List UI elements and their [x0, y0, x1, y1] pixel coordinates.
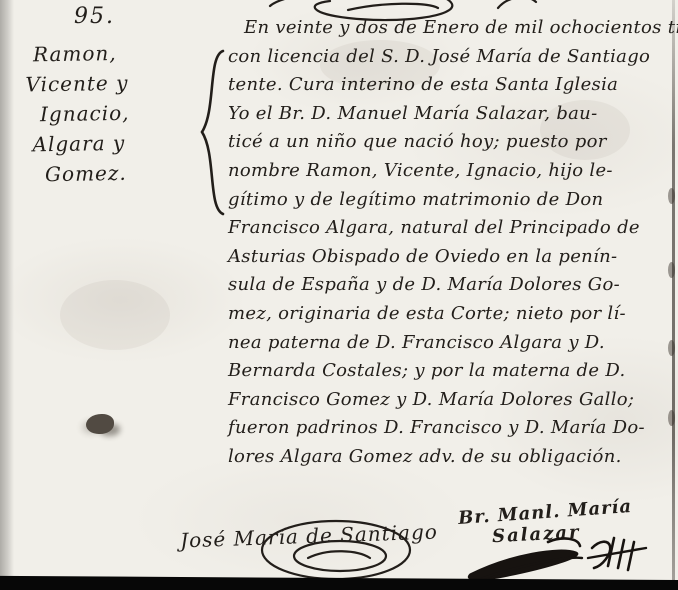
page-gutter-mark — [668, 188, 675, 204]
record-line: Francisco Gomez y D. María Dolores Gallo… — [228, 386, 675, 415]
signature-left-rubric — [258, 514, 418, 584]
record-line: Asturias Obispado de Oviedo en la penín- — [228, 243, 675, 272]
record-line: En veinte y dos de Enero de mil ochocien… — [228, 14, 675, 43]
paper-smudge — [60, 280, 170, 350]
record-line: con licencia del S. D. José María de San… — [228, 43, 675, 72]
margin-name-line: Algara y — [32, 126, 204, 159]
record-line: nombre Ramon, Vicente, Ignacio, hijo le- — [228, 157, 675, 186]
record-line: lores Algara Gomez adv. de su obligación… — [228, 443, 675, 472]
record-line: nea paterna de D. Francisco Algara y D. — [228, 329, 675, 358]
page-gutter-mark — [668, 340, 675, 356]
record-line: mez, originaria de esta Corte; nieto por… — [228, 300, 675, 329]
record-line: fueron padrinos D. Francisco y D. María … — [228, 414, 675, 443]
scanner-edge-left — [0, 0, 14, 590]
entry-number: 95. — [74, 4, 115, 29]
record-line: ticé a un niño que nació hoy; puesto por — [228, 128, 675, 157]
record-line: sula de España y de D. María Dolores Go- — [228, 271, 675, 300]
margin-name-column: Ramon, Vicente y Ignacio, Algara y Gomez… — [23, 36, 206, 189]
record-line: Yo el Br. D. Manuel María Salazar, bau- — [228, 100, 675, 129]
ink-blot — [86, 414, 114, 434]
record-line: gítimo y de legítimo matrimonio de Don — [228, 186, 675, 215]
page-gutter-mark — [668, 410, 675, 426]
scanned-record-page: 95. Ramon, Vicente y Ignacio, Algara y G… — [0, 0, 678, 590]
page-gutter-line — [672, 0, 675, 580]
margin-name-line: Ramon, — [33, 36, 203, 69]
record-body-text: En veinte y dos de Enero de mil ochocien… — [228, 14, 675, 472]
record-line: Bernarda Costales; y por la materna de D… — [228, 357, 675, 386]
margin-name-line: Vicente y — [25, 66, 203, 99]
record-line: tente. Cura interino de esta Santa Igles… — [228, 71, 675, 100]
page-gutter-mark — [668, 262, 675, 278]
margin-name-line: Gomez. — [45, 156, 205, 189]
record-line: Francisco Algara, natural del Principado… — [228, 214, 675, 243]
margin-brace-mark — [196, 48, 228, 218]
signature-right-rubric — [450, 536, 660, 584]
margin-name-line: Ignacio, — [40, 96, 204, 129]
